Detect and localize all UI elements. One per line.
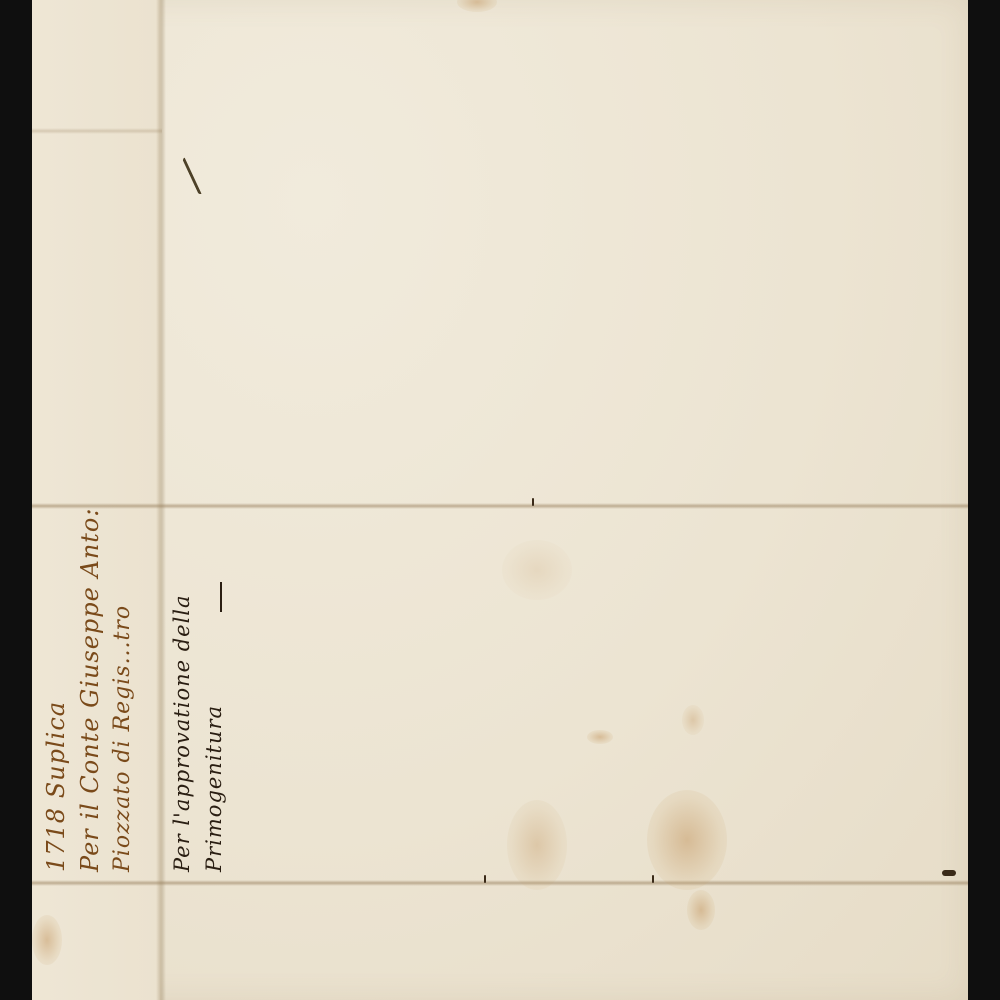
stain-mid-upper: [502, 540, 572, 600]
docket-line-title: Piozzato di Regis...tro: [110, 605, 135, 872]
fold-notch: [652, 875, 654, 883]
stain-lower-right: [687, 890, 715, 930]
fold-notch: [532, 498, 534, 506]
fold-notch: [484, 875, 486, 883]
stain-top: [457, 0, 497, 12]
short-fold-line: [32, 128, 162, 134]
fold-notch: [942, 870, 956, 876]
ink-flourish: [220, 582, 222, 612]
stain-left-edge: [32, 915, 62, 965]
docket-line-primogenitura: Primogenitura: [202, 705, 226, 872]
docket-line-year: 1718 Suplica: [42, 701, 70, 872]
stain-large-right: [647, 790, 727, 890]
stain-spot: [587, 730, 613, 744]
horizontal-fold-line-upper: [32, 503, 968, 509]
ink-blot-mark: [182, 155, 207, 195]
stain-center: [507, 800, 567, 890]
docket-line-subject: Per l'approvatione della: [170, 594, 194, 872]
docket-line-petitioner: Per il Conte Giuseppe Anto:: [76, 508, 104, 872]
docket-annotations: 1718 Suplica Per il Conte Giuseppe Anto:…: [30, 520, 270, 890]
stain-spot-2: [682, 705, 704, 735]
